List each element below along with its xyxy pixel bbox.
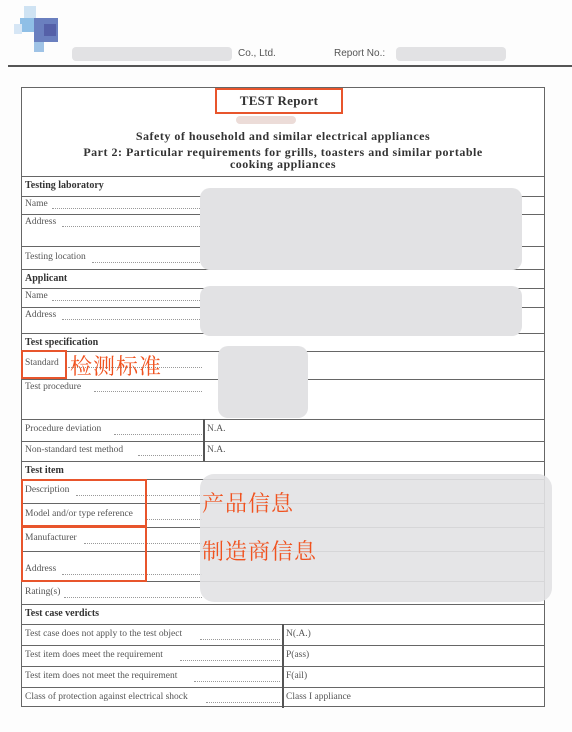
annotation-product-label: 产品信息: [202, 487, 294, 518]
redacted-applicant-details: [200, 286, 522, 336]
report-subtitle-3: cooking appliances: [22, 158, 544, 171]
company-suffix: Co., Ltd.: [238, 48, 276, 59]
dot-leader: [64, 597, 202, 598]
redacted-standard-ref: [236, 116, 296, 124]
field-label: Procedure deviation: [25, 424, 101, 434]
column-divider: [203, 419, 205, 461]
dot-leader: [52, 300, 202, 301]
section-heading: Test case verdicts: [25, 608, 99, 619]
redacted-company-name: [72, 47, 232, 61]
redacted-lab-details: [200, 188, 522, 270]
field-label: Name: [25, 291, 48, 301]
dot-leader: [146, 519, 202, 520]
section-heading: Test item: [25, 465, 64, 476]
verdict-value: F(ail): [286, 671, 307, 681]
verdict-label: Test case does not apply to the test obj…: [25, 629, 182, 639]
nonstandard-value: N.A.: [207, 445, 225, 455]
field-label: Rating(s): [25, 587, 60, 597]
field-nonstandard-method: Non-standard test method N.A.: [22, 441, 544, 461]
field-label: Non-standard test method: [25, 445, 123, 455]
verdict-label: Test item does not meet the requirement: [25, 671, 177, 681]
redacted-report-no: [396, 47, 506, 61]
verdict-value: Class I appliance: [286, 692, 351, 702]
section-heading: Test specification: [25, 337, 98, 348]
field-label: Testing location: [25, 252, 86, 262]
field-label: Address: [25, 217, 56, 227]
field-label: Address: [25, 310, 56, 320]
dot-leader: [62, 226, 202, 227]
dot-leader: [114, 434, 202, 435]
field-label: Test procedure: [25, 382, 81, 392]
report-no-label: Report No.:: [334, 48, 385, 59]
annotation-box-product: [21, 479, 147, 527]
annotation-standard-label: 检测标准: [70, 350, 162, 381]
dot-leader: [94, 391, 202, 392]
annotation-box-standard: [21, 350, 67, 379]
verdict-value: N(.A.): [286, 629, 311, 639]
report-subtitle-1: Safety of household and similar electric…: [22, 130, 544, 143]
dot-leader: [180, 660, 280, 661]
test-report-document: TEST Report Safety of household and simi…: [21, 87, 545, 707]
field-label: Name: [25, 199, 48, 209]
verdict-label: Class of protection against electrical s…: [25, 692, 188, 702]
dot-leader: [62, 319, 202, 320]
redacted-standard: [218, 346, 308, 418]
company-logo: [14, 6, 60, 52]
dot-leader: [52, 208, 202, 209]
section-test-case-verdicts: Test case verdicts: [22, 604, 544, 624]
dot-leader: [206, 702, 280, 703]
report-title: TEST Report: [215, 88, 343, 114]
verdict-label: Test item does meet the requirement: [25, 650, 163, 660]
verdict-value: P(ass): [286, 650, 309, 660]
section-heading: Testing laboratory: [25, 180, 104, 191]
column-divider: [282, 624, 284, 708]
annotation-manufacturer-label: 制造商信息: [202, 535, 317, 566]
dot-leader: [138, 455, 202, 456]
dot-leader: [194, 681, 280, 682]
dot-leader: [200, 639, 280, 640]
deviation-value: N.A.: [207, 424, 225, 434]
annotation-box-manufacturer: [21, 526, 147, 582]
header-divider: [8, 65, 572, 67]
section-heading: Applicant: [25, 273, 67, 284]
dot-leader: [92, 262, 202, 263]
field-procedure-deviation: Procedure deviation N.A.: [22, 419, 544, 441]
